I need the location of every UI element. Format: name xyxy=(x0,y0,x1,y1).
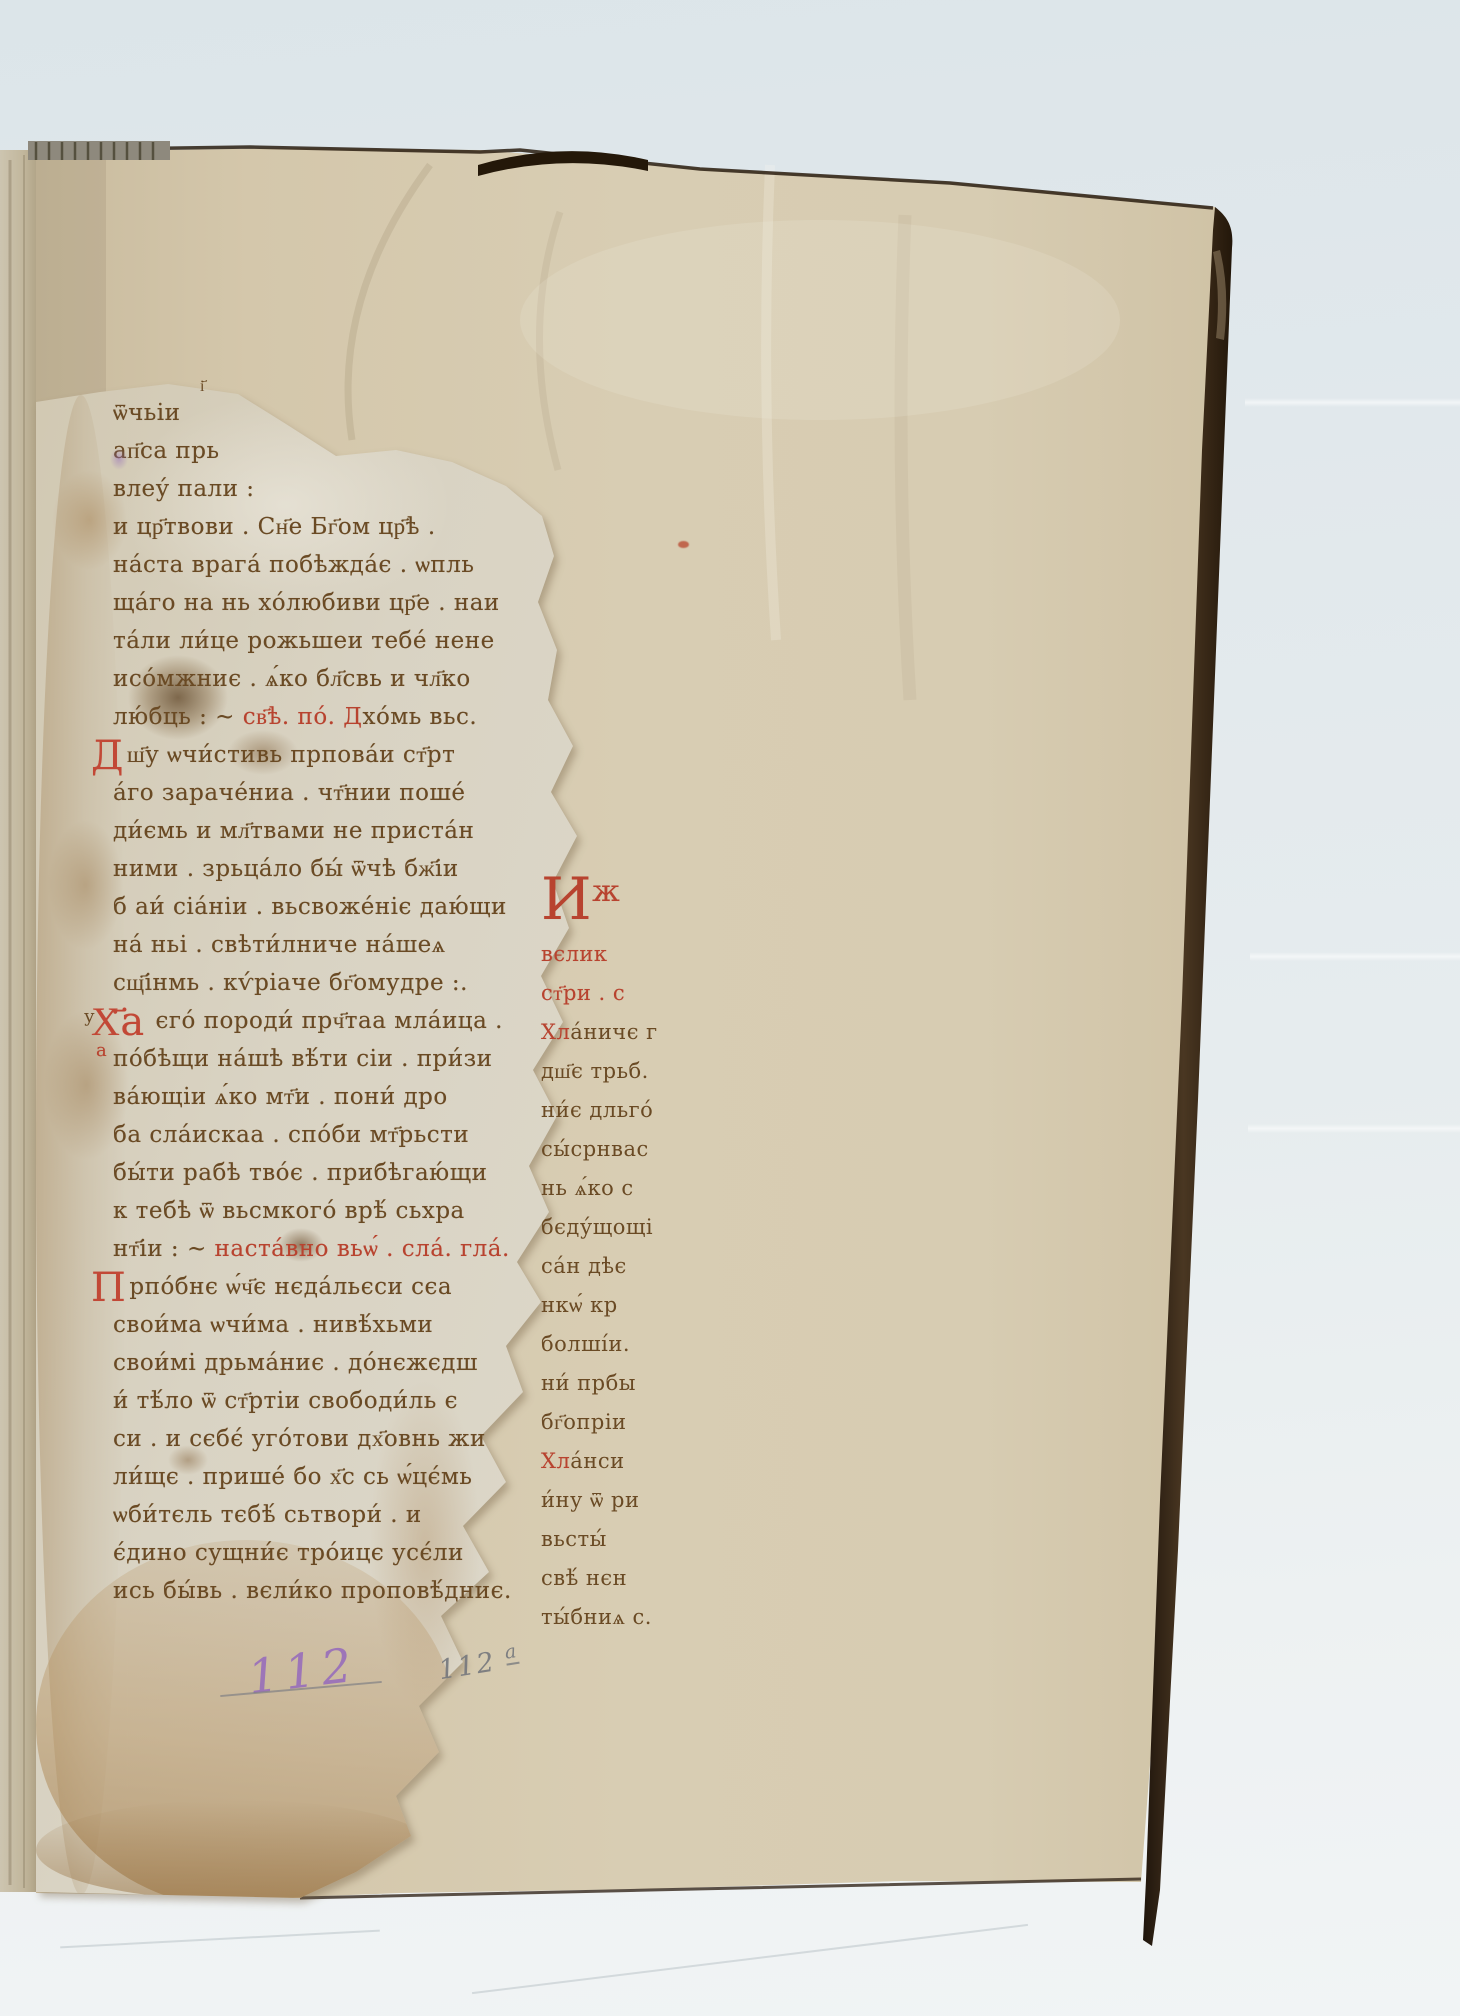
manuscript-line: ли́щє . прише́ бо х҃с сь ѡ́цє́мь xyxy=(113,1464,512,1502)
manuscript-line: нкѡ́ кр xyxy=(541,1293,658,1332)
manuscript-line: свѣ́ нєн xyxy=(541,1566,658,1605)
manuscript-line: ни́є дльго́ xyxy=(541,1098,658,1137)
manuscript-line: ап҃са прь xyxy=(113,438,512,476)
manuscript-line: ними . зрьца́ло бы́ ѿчѣ бж҃іи xyxy=(113,856,512,894)
manuscript-line: ни́ прбы xyxy=(541,1371,658,1410)
manuscript-line: Хла́нси xyxy=(541,1449,658,1488)
manuscript-line: ди́ємь и мл҃твами не приста́н xyxy=(113,818,512,856)
red-ink-dot xyxy=(678,541,689,548)
manuscript-line: сы́срнвас xyxy=(541,1137,658,1176)
manuscript-line: нт҃іи : ~ наста́вно вьѡ́ . сла́. гла́. xyxy=(113,1236,512,1274)
manuscript-line: сщ҃інмь . кѵ́ріаче бг҃омудре :. xyxy=(113,970,512,1008)
manuscript-line: лю́бць : ~ св҃ѣ. по́. Дхо́мь вьс. xyxy=(113,704,512,742)
manuscript-line: ба сла́искаа . спо́би мт҃рьсти xyxy=(113,1122,512,1160)
margin-mark: а xyxy=(96,1040,107,1061)
manuscript-line: ва́ющіи ѧ́ко мт҃и . пони́ дро xyxy=(113,1084,512,1122)
manuscript-line: свои́ма ѡчи́ма . нивѣ́хьми xyxy=(113,1312,512,1350)
manuscript-line: Хла́ничє г xyxy=(541,1020,658,1059)
manuscript-line: бы́ти рабѣ тво́є . прибѣгаю́щи xyxy=(113,1160,512,1198)
manuscript-line: дш҃є трьб. xyxy=(541,1059,658,1098)
manuscript-line: ись бы́вь . вєли́ко проповѣ́дниє. xyxy=(113,1578,512,1616)
manuscript-line: ст҃ри . с xyxy=(541,981,658,1020)
manuscript-line: свои́мі дрьма́ниє . до́нєжєдш xyxy=(113,1350,512,1388)
manuscript-line: та́ли ли́це рожьшеи тебе́ нене xyxy=(113,628,512,666)
manuscript-line: на́ ньі . свѣти́лниче на́шеѧ xyxy=(113,932,512,970)
stain-blob xyxy=(48,820,123,950)
manuscript-line: ща́го на нь хо́любиви цр҃е . наи xyxy=(113,590,512,628)
purple-smudge xyxy=(110,448,128,470)
manuscript-text-block: ѿчьіиап҃са прьвлеу́ пали :и цр҃твови . С… xyxy=(113,400,512,1616)
manuscript-line: влеу́ пали : xyxy=(113,476,512,514)
manuscript-line: ты́бниѧ с. xyxy=(541,1605,658,1644)
manuscript-line: и цр҃твови . Сн҃е Бг҃ом цр҃ѣ . xyxy=(113,514,512,552)
manuscript-line: си . и сєбє́ уго́тови дх҃овнь жи xyxy=(113,1426,512,1464)
manuscript-line: є́дино сущни́є тро́ицє усє́ли xyxy=(113,1540,512,1578)
manuscript-line: по́бѣщи на́шѣ вѣ́ти сіи . при́зи xyxy=(113,1046,512,1084)
manuscript-line: Дш҃у ѡчи́стивь прпова́и ст҃рт xyxy=(113,742,512,780)
manuscript-line: исо́мжниє . ѧ́ко бл҃свь и чл҃ко xyxy=(113,666,512,704)
manuscript-line: Прпо́бнє ѡ́ч҃є нєда́льєси сєа xyxy=(113,1274,512,1312)
manuscript-line: к тебѣ ѿ вьсмкого́ врѣ́ сьхра xyxy=(113,1198,512,1236)
manuscript-line: и́ну ѿ ри xyxy=(541,1488,658,1527)
manuscript-line: бг҃опріи xyxy=(541,1410,658,1449)
manuscript-line: Иж xyxy=(541,868,658,942)
manuscript-line: ѿчьіи xyxy=(113,400,512,438)
manuscript-line: а́го зараче́ниа . чт҃нии поше́ xyxy=(113,780,512,818)
manuscript-line: Х҃а єго́ породи́ прч҃таа мла́ица . xyxy=(113,1008,512,1046)
manuscript-line: б аи́ сіа́ніи . вьсвоже́ніє даю́щи xyxy=(113,894,512,932)
manuscript-line: на́ста врага́ побѣжда́є . ѡпль xyxy=(113,552,512,590)
manuscript-line: и́ тѣ́ло ѿ ст҃ртіи свободи́ль є xyxy=(113,1388,512,1426)
margin-mark: і҃ xyxy=(200,376,204,396)
margin-mark: у xyxy=(84,1006,95,1027)
manuscript-line: са́н дѣє xyxy=(541,1254,658,1293)
manuscript-line: нь ѧ́ко с xyxy=(541,1176,658,1215)
manuscript-line: вєлик xyxy=(541,942,658,981)
stain-bottom-edge xyxy=(36,1800,436,1900)
manuscript-line: вьсты́ xyxy=(541,1527,658,1566)
manuscript-line: бєду́щощі xyxy=(541,1215,658,1254)
under-page-text-fragment: Ижвєликст҃ри . сХла́ничє гдш҃є трьб.ни́є… xyxy=(541,868,658,1644)
photo-of-manuscript: { "scene": { "subject": "opened medieval… xyxy=(0,0,1460,2016)
manuscript-line: ѡби́тєль тєбѣ́ сьтвори́ . и xyxy=(113,1502,512,1540)
manuscript-line: болші́и. xyxy=(541,1332,658,1371)
